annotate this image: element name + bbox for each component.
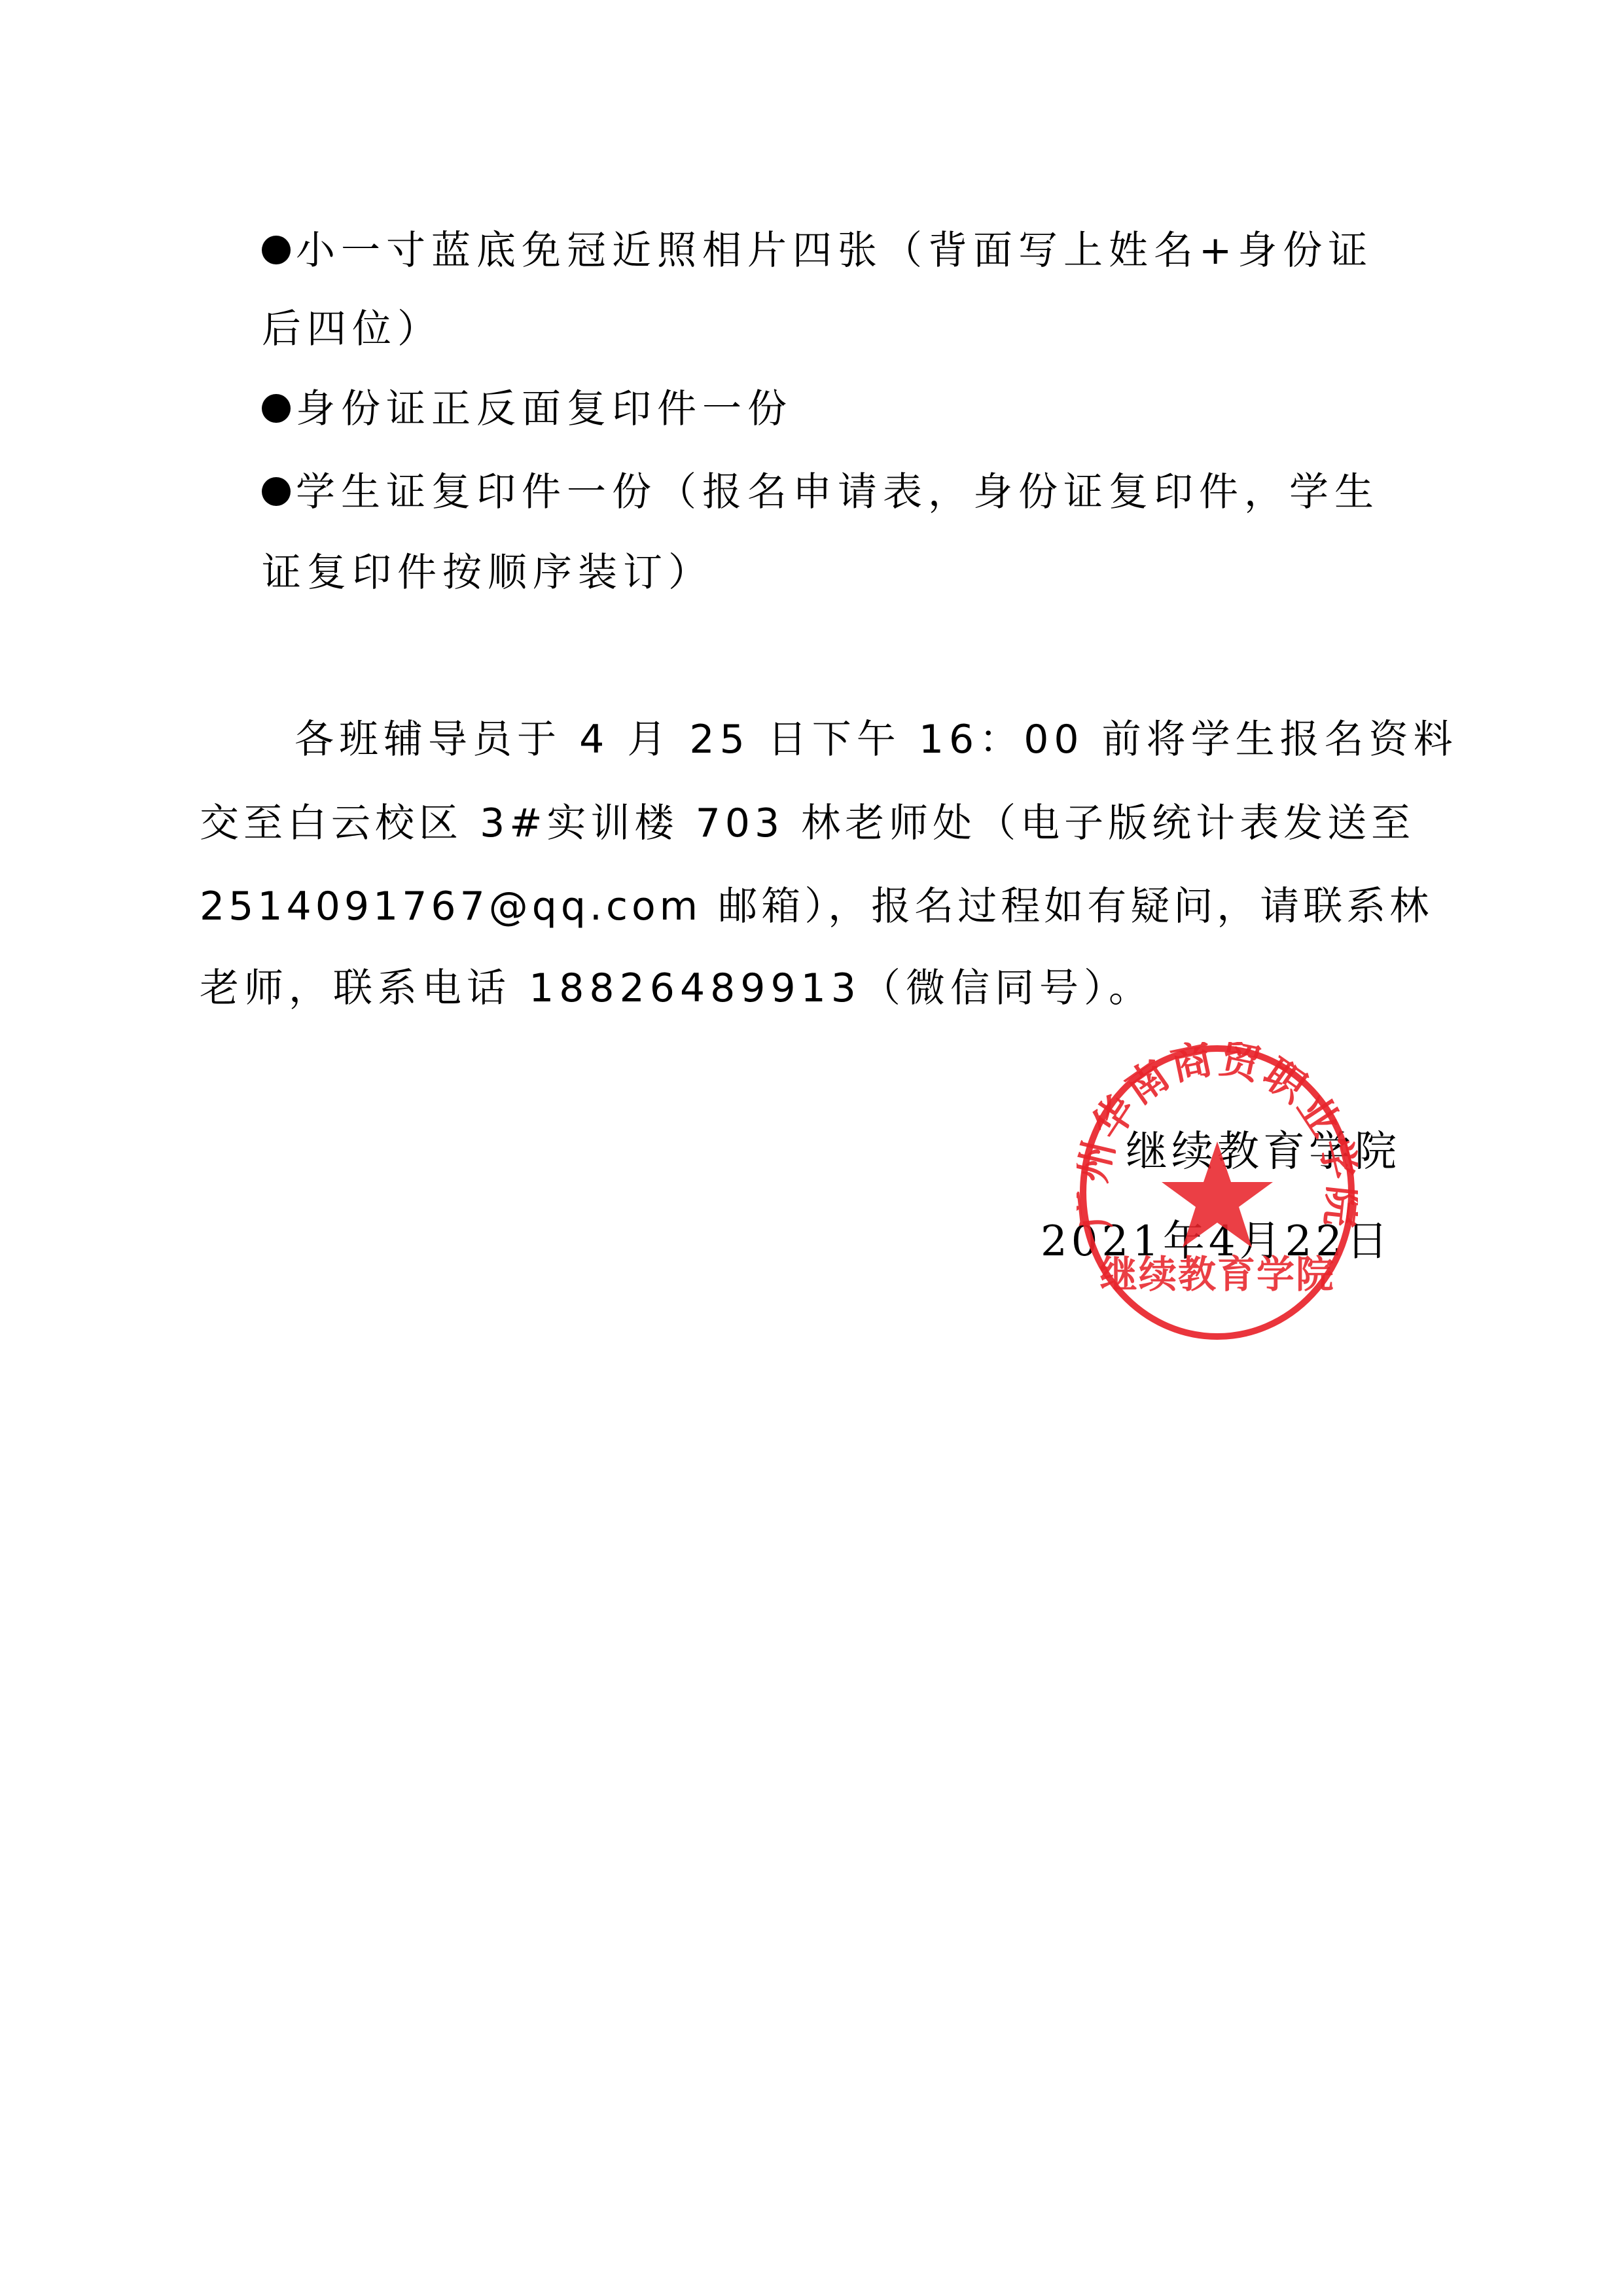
svg-text:继续教育学院: 继续教育学院 bbox=[1099, 1252, 1335, 1297]
bullet-icon bbox=[262, 394, 291, 423]
requirement-text: 小一寸蓝底免冠近照相片四张（背面写上姓名+身份证 bbox=[296, 228, 1373, 274]
star-icon bbox=[1162, 1141, 1273, 1247]
official-seal-icon: 广州华南商贸职业学院 继续教育学院 bbox=[1077, 1042, 1358, 1343]
notice-line-3: 2514091767@qq.com 邮箱），报名过程如有疑问，请联系林 bbox=[200, 880, 1433, 933]
requirement-item-student-card: 学生证复印件一份（报名申请表，身份证复印件，学生 bbox=[262, 466, 1380, 518]
bullet-icon bbox=[262, 477, 291, 506]
requirement-item-photo-continued: 后四位） bbox=[262, 303, 442, 355]
requirement-text: 身份证正反面复印件一份 bbox=[296, 386, 793, 432]
requirement-text: 学生证复印件一份（报名申请表，身份证复印件，学生 bbox=[296, 469, 1380, 515]
notice-line-1: 各班辅导员于 4 月 25 日下午 16：00 前将学生报名资料 bbox=[294, 713, 1458, 766]
bullet-icon bbox=[262, 236, 291, 264]
requirement-item-student-card-continued: 证复印件按顺序装订） bbox=[262, 547, 713, 599]
requirement-item-photo: 小一寸蓝底免冠近照相片四张（背面写上姓名+身份证 bbox=[262, 224, 1373, 277]
notice-line-4: 老师，联系电话 18826489913（微信同号）。 bbox=[200, 962, 1153, 1014]
requirement-item-id-copy: 身份证正反面复印件一份 bbox=[262, 383, 793, 435]
notice-line-2: 交至白云校区 3#实训楼 703 林老师处（电子版统计表发送至 bbox=[200, 797, 1415, 850]
